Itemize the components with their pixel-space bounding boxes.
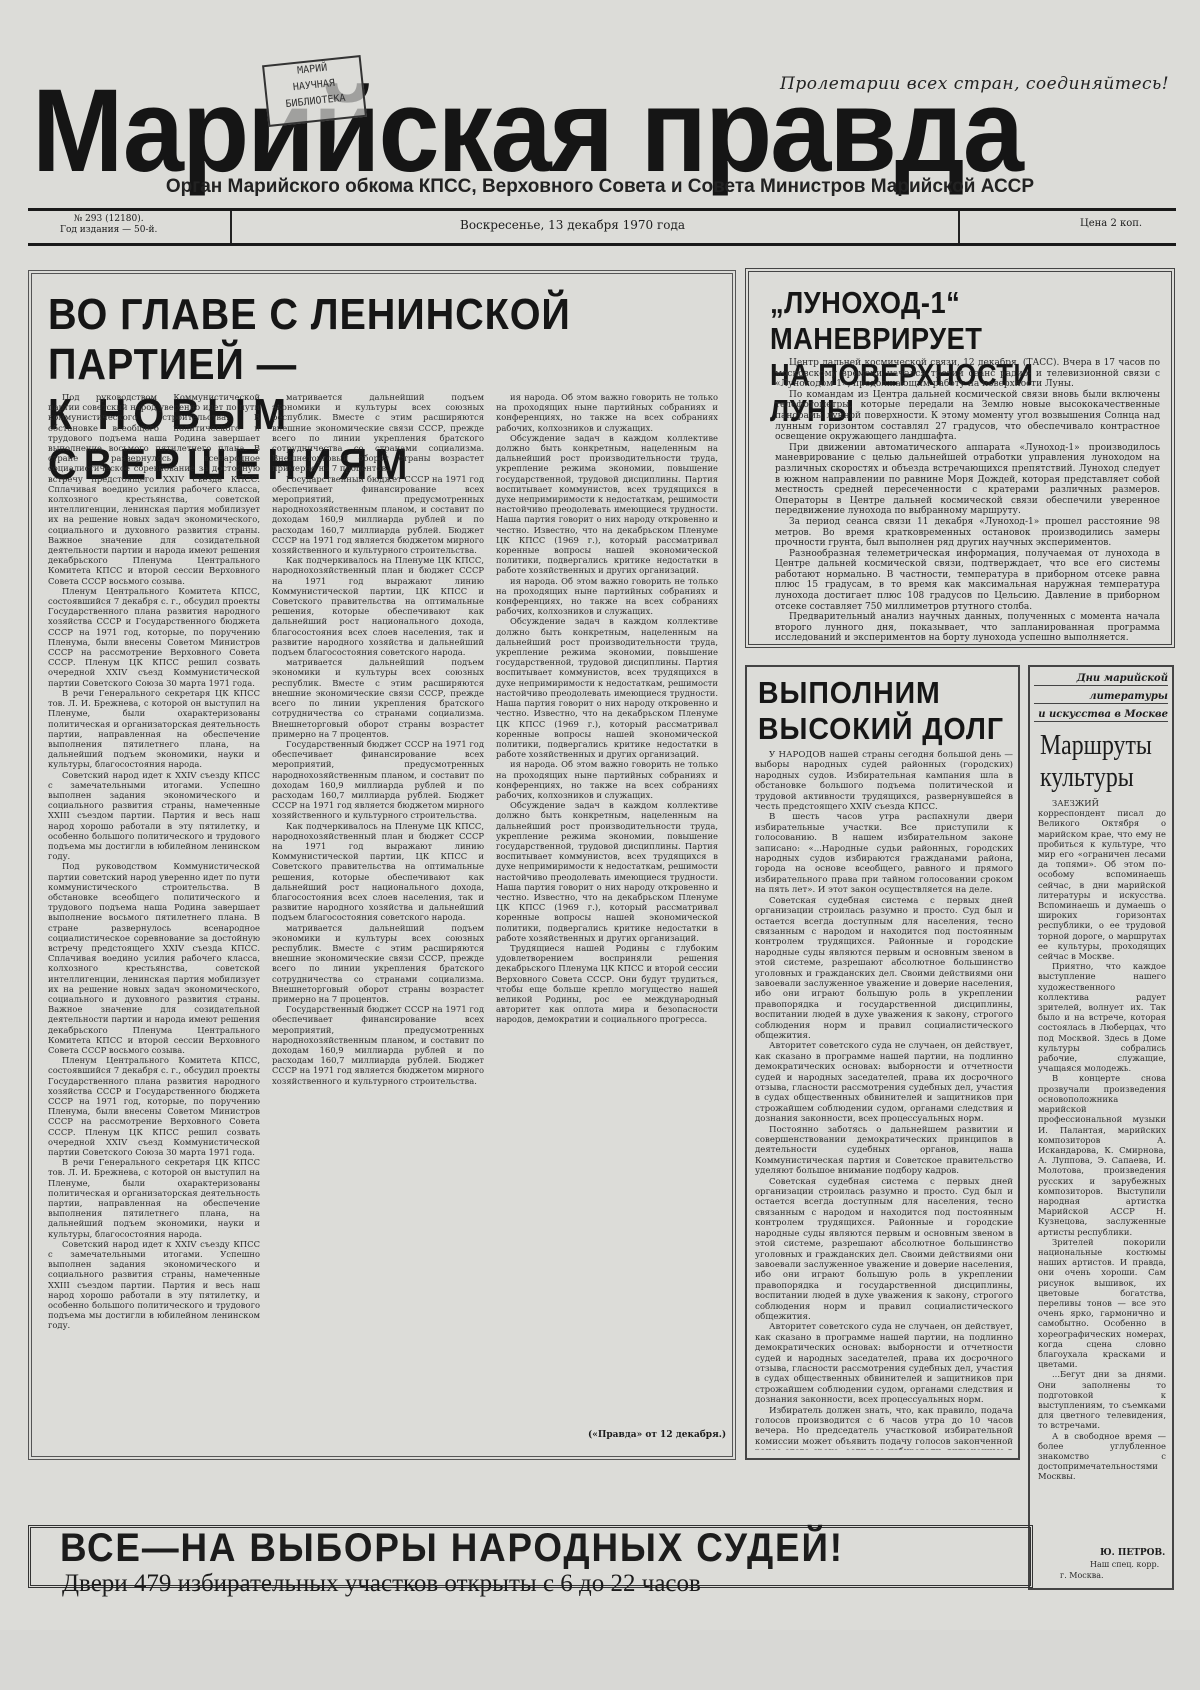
paragraph: Обсуждение задач в каждом коллективе дол…: [496, 616, 718, 759]
elections-banner-subline: Двери 479 избирательных участков открыты…: [62, 1570, 701, 1598]
lead-article-source: («Правда» от 12 декабря.): [588, 1430, 726, 1440]
lead-article-column-3: ия народа. Об этом важно говорить не тол…: [496, 392, 718, 1422]
duty-article-body: У НАРОДОВ нашей страны сегодня большой д…: [755, 750, 1013, 1450]
paragraph: ия народа. Об этом важно говорить не тол…: [496, 759, 718, 800]
lead-article-column-1: Под руководством Коммунистической партии…: [48, 392, 260, 1452]
paragraph: Обсуждение задач в каждом коллективе дол…: [496, 800, 718, 943]
culture-kicker: литературы: [1034, 690, 1168, 704]
publication-year: Год издания — 50-й.: [60, 225, 157, 236]
paragraph: Разнообразная телеметрическая информация…: [775, 549, 1160, 613]
headline-line: ВО ГЛАВЕ С ЛЕНИНСКОЙ ПАРТИЕЙ —: [48, 290, 660, 390]
paragraph: А в свободное время — более углубленное …: [1038, 1431, 1166, 1482]
headline-line: „ЛУНОХОД-1“ МАНЕВРИРУЕТ: [770, 285, 1122, 357]
divider: [958, 211, 960, 243]
elections-banner-headline: ВСЕ—НА ВЫБОРЫ НАРОДНЫХ СУДЕЙ!: [60, 1525, 844, 1571]
culture-author-city: г. Москва.: [1060, 1571, 1104, 1581]
culture-author: Ю. ПЕТРОВ.: [1100, 1548, 1165, 1558]
paragraph: Как подчеркивалось на Пленуме ЦК КПСС, н…: [272, 821, 484, 923]
paragraph: Приятно, что каждое выступление нашего х…: [1038, 961, 1166, 1073]
paragraph: Обсуждение задач в каждом коллективе дол…: [496, 433, 718, 576]
organ-subtitle: Орган Марийского обкома КПСС, Верховного…: [0, 176, 1200, 198]
paragraph: матривается дальнейший подъем экономики …: [272, 923, 484, 1005]
paragraph: Государственный бюджет СССР на 1971 год …: [272, 474, 484, 556]
paragraph: У НАРОДОВ нашей страны сегодня большой д…: [755, 750, 1013, 812]
newspaper-page: Пролетарии всех стран, соединяйтесь! Мар…: [0, 0, 1200, 1690]
paragraph: Советская судебная система с первых дней…: [755, 1177, 1013, 1323]
culture-author-role: Наш спец. корр.: [1090, 1560, 1159, 1570]
paragraph: За период сеанса связи 11 декабря «Лунох…: [775, 517, 1160, 549]
paragraph: Государственный бюджет СССР на 1971 год …: [272, 739, 484, 821]
paragraph: Под руководством Коммунистической партии…: [48, 392, 260, 586]
paragraph: Пленум Центрального Комитета КПСС, состо…: [48, 1055, 260, 1157]
paragraph: Государственный бюджет СССР на 1971 год …: [272, 1004, 484, 1086]
paragraph: ...Бегут дни за днями. Они заполнены то …: [1038, 1369, 1166, 1430]
paragraph: Советский народ идет к XXIV съезду КПСС …: [48, 1239, 260, 1331]
paragraph: В речи Генерального секретаря ЦК КПСС то…: [48, 1157, 260, 1239]
paragraph: Авторитет советского суда не случаен, он…: [755, 1322, 1013, 1405]
culture-kicker: и искусства в Москве: [1034, 708, 1168, 722]
headline-line: Маршруты: [1040, 730, 1151, 762]
lunokhod-article-body: Центр дальней космической связи, 12 дека…: [775, 358, 1160, 643]
paragraph: Центр дальней космической связи, 12 дека…: [775, 358, 1160, 390]
newspaper-title: Марийская правда: [32, 72, 1022, 190]
paragraph: ия народа. Об этом важно говорить не тол…: [496, 576, 718, 617]
divider: [230, 211, 232, 243]
paragraph: По командам из Центра дальней космическо…: [775, 390, 1160, 443]
paragraph: Под руководством Коммунистической партии…: [48, 861, 260, 1055]
paragraph: ЗАЕЗЖИЙ корреспондент писал до Великого …: [1038, 798, 1166, 961]
paragraph: Пленум Центрального Комитета КПСС, состо…: [48, 586, 260, 688]
paragraph: Постоянно заботясь о дальнейшем развитии…: [755, 1125, 1013, 1177]
headline-line: культуры: [1040, 762, 1151, 794]
paragraph: ия народа. Об этом важно говорить не тол…: [496, 392, 718, 433]
paragraph: Авторитет советского суда не случаен, он…: [755, 1041, 1013, 1124]
culture-headline: Маршруты культуры: [1040, 730, 1151, 794]
paragraph: В концерте снова прозвучали произведения…: [1038, 1073, 1166, 1236]
culture-article-body: ЗАЕЗЖИЙ корреспондент писал до Великого …: [1038, 798, 1166, 1543]
issue-number: № 293 (12180).: [60, 214, 157, 225]
paragraph: Зрителей покорили национальные костюмы н…: [1038, 1237, 1166, 1370]
duty-headline: ВЫПОЛНИМ ВЫСОКИЙ ДОЛГ: [758, 675, 1006, 747]
issue-price: Цена 2 коп.: [1080, 218, 1142, 229]
paragraph: матривается дальнейший подъем экономики …: [272, 392, 484, 474]
headline-line: ВЫСОКИЙ ДОЛГ: [758, 711, 1006, 747]
headline-line: ВЫПОЛНИМ: [758, 675, 1006, 711]
paragraph: Советская судебная система с первых дней…: [755, 896, 1013, 1042]
paragraph: В шесть часов утра распахнули двери изби…: [755, 812, 1013, 895]
paragraph: матривается дальнейший подъем экономики …: [272, 657, 484, 739]
issue-meta: № 293 (12180). Год издания — 50-й.: [60, 214, 157, 236]
paragraph: Предварительный анализ научных данных, п…: [775, 612, 1160, 643]
paragraph: При движении автоматического аппарата «Л…: [775, 443, 1160, 517]
paragraph: Советский народ идет к XXIV съезду КПСС …: [48, 770, 260, 862]
paragraph: Трудящиеся нашей Родины с глубоким удовл…: [496, 943, 718, 1025]
paragraph: Как подчеркивалось на Пленуме ЦК КПСС, н…: [272, 555, 484, 657]
paragraph: Избиратель должен знать, что, как правил…: [755, 1406, 1013, 1450]
paragraph: В речи Генерального секретаря ЦК КПСС то…: [48, 688, 260, 770]
issue-date: Воскресенье, 13 декабря 1970 года: [460, 218, 685, 232]
lead-article-column-2: матривается дальнейший подъем экономики …: [272, 392, 484, 1452]
library-stamp: МАРИЙ НАУЧНАЯ БИБЛИОТЕКА: [262, 55, 367, 127]
culture-kicker: Дни марийской: [1034, 672, 1168, 686]
page-margin: [0, 1630, 1200, 1690]
